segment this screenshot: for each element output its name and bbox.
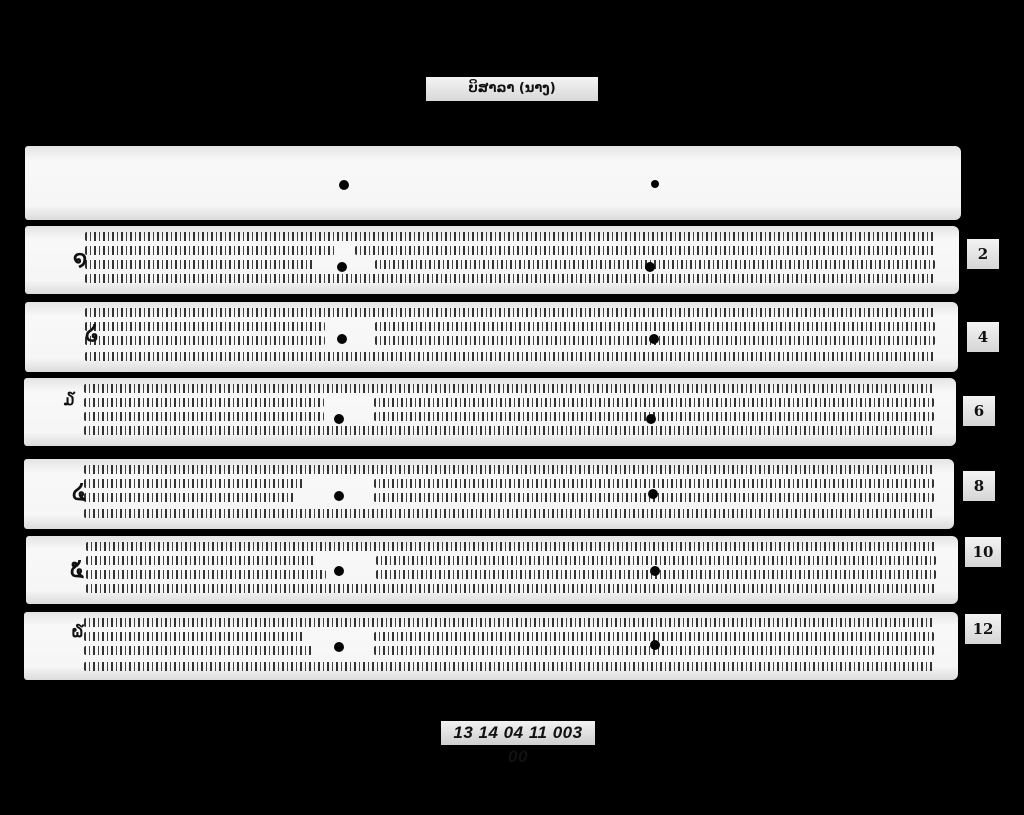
text-line	[84, 493, 294, 502]
binding-hole	[334, 491, 344, 501]
text-line	[84, 384, 934, 393]
text-line	[84, 632, 304, 641]
text-line	[85, 322, 325, 331]
binding-hole	[651, 180, 659, 188]
text-line	[375, 260, 935, 269]
text-line	[85, 308, 935, 317]
palm-leaf: ໒	[25, 302, 958, 372]
binding-hole	[649, 334, 659, 344]
binding-hole	[646, 414, 656, 424]
text-line	[86, 570, 326, 579]
text-line	[85, 274, 935, 283]
text-line	[374, 479, 934, 488]
palm-leaf: ໔	[24, 459, 954, 529]
text-line	[86, 542, 936, 551]
binding-hole	[334, 414, 344, 424]
text-line	[84, 426, 934, 435]
title-label: ບິສາລາ (ນາງ)	[426, 77, 598, 101]
page-tag: 4	[967, 322, 999, 352]
binding-hole	[648, 489, 658, 499]
text-line	[84, 618, 934, 627]
palm-leaf: ໖	[24, 612, 958, 680]
text-line	[85, 352, 935, 361]
binding-hole	[645, 262, 655, 272]
palm-leaf: ໑	[25, 226, 959, 294]
text-line	[376, 556, 936, 565]
leaf-number: ໖	[72, 622, 83, 641]
text-line	[85, 336, 325, 345]
binding-hole	[337, 334, 347, 344]
text-line	[84, 509, 934, 518]
text-line	[84, 465, 934, 474]
text-line	[85, 260, 315, 269]
leaf-number: ໓	[64, 390, 75, 409]
text-line	[84, 662, 934, 671]
text-line	[355, 246, 935, 255]
catalog-number: 13 14 04 11 003 00	[441, 721, 595, 745]
page-tag: 10	[965, 537, 1001, 567]
binding-hole	[334, 566, 344, 576]
text-line	[86, 556, 316, 565]
page-tag: 8	[963, 471, 995, 501]
text-line	[84, 398, 324, 407]
page-tag: 12	[965, 614, 1001, 644]
text-line	[86, 584, 936, 593]
palm-leaf: ໕	[26, 536, 958, 604]
binding-hole	[650, 640, 660, 650]
text-line	[85, 232, 935, 241]
text-line	[85, 246, 335, 255]
palm-leaf: ໓	[24, 378, 956, 446]
binding-hole	[334, 642, 344, 652]
binding-hole	[339, 180, 349, 190]
text-line	[84, 412, 324, 421]
leaf-number: ໕	[70, 556, 84, 582]
page-tag: 2	[967, 239, 999, 269]
text-line	[84, 479, 304, 488]
binding-hole	[337, 262, 347, 272]
page-tag: 6	[963, 396, 995, 426]
binding-hole	[650, 566, 660, 576]
palm-leaf-cover	[25, 146, 961, 220]
text-line	[374, 398, 934, 407]
text-line	[375, 322, 935, 331]
text-line	[84, 646, 314, 655]
